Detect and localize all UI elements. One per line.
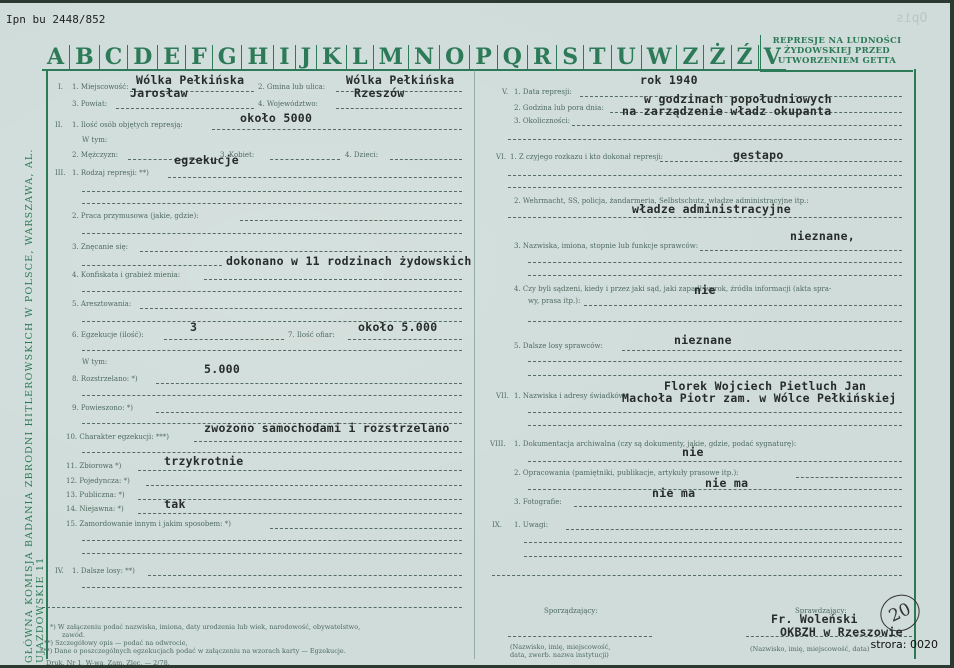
footnote-2: **) Szczegółowy opis — podać na odwrocie…: [44, 639, 188, 647]
field-line: [574, 506, 902, 507]
field-line: [116, 108, 254, 109]
field-value-powiat: Jarosław: [130, 86, 188, 100]
alphabet-letter: S: [557, 45, 584, 69]
field-line: [82, 191, 462, 192]
field-label-miejscowosc: 1. Miejscowość:: [72, 83, 128, 91]
field-label-sprawcy: 3. Nazwiska, imiona, stopnie lub funkcje…: [514, 242, 698, 250]
alphabet-letter: D: [128, 45, 158, 69]
field-value-dalsze-losy-sprawcow: nieznane: [674, 333, 732, 347]
alphabet-letter: U: [612, 45, 642, 69]
field-label-godzina: 2. Godzina lub pora dnia:: [514, 104, 604, 112]
field-line: [508, 139, 902, 140]
alphabet-index: ABCDEFGHIJKLMNOPQRSTUWZŻŹV: [42, 41, 786, 71]
section-roman: IV.: [55, 567, 64, 575]
alphabet-letter: R: [528, 45, 557, 69]
field-label-gmina: 2. Gmina lub ulica:: [258, 83, 325, 91]
alphabet-letter: Z: [677, 45, 704, 69]
form-title-line-3: UTWORZENIEM GETTA: [761, 56, 913, 66]
section-roman: III.: [55, 169, 66, 177]
field-value-okolicznosci: na zarządzenie władz okupanta: [622, 104, 831, 118]
field-line: [42, 607, 462, 608]
archive-reference: Ipn bu 2448/852: [6, 13, 105, 26]
bleed-through-stamp: Opis: [896, 11, 927, 26]
field-line: [240, 220, 462, 221]
field-line: [140, 251, 462, 252]
field-line: [492, 575, 902, 576]
field-line: [528, 425, 902, 426]
print-info: Druk. Nr 1, W-wa, Zam. Zlec. — 2/78.: [46, 659, 170, 667]
field-line: [508, 217, 902, 218]
verified-by-name: Fr. Woleński: [771, 612, 858, 626]
field-label-publiczna: 13. Publiczna: *): [66, 491, 125, 499]
form-title-line-2: ŻYDOWSKIEJ PRZED: [761, 46, 913, 56]
field-line: [146, 485, 462, 486]
field-line: [528, 461, 902, 462]
field-value-rodzaj-represji: egzekucje: [174, 153, 239, 167]
field-line: [270, 159, 340, 160]
field-label-niejawna: 14. Niejawna: *): [66, 505, 124, 513]
field-line: [156, 383, 462, 384]
field-line: [572, 125, 902, 126]
field-label-ilosc-ofiar: 7. Ilość ofiar:: [288, 331, 335, 339]
prepared-by-caption-1: (Nazwisko, imię, miejscowość,: [510, 643, 610, 651]
field-line: [212, 129, 462, 130]
field-label-dzieci: 4. Dzieci:: [345, 151, 378, 159]
prepared-by-caption-2: data, zwerb. nazwa instytucji): [510, 651, 609, 659]
field-line: [82, 233, 462, 234]
field-label-sadzeni-cont: wy, prasa itp.):: [528, 297, 580, 305]
column-divider: [474, 69, 475, 659]
alphabet-letter: Ż: [704, 45, 731, 69]
field-value-rozkaz: gestapo: [733, 148, 784, 162]
section-roman: IX.: [492, 521, 502, 529]
form-title-line-1: REPRESJE NA LUDNOŚCI: [761, 36, 913, 46]
section-roman: I.: [58, 83, 63, 91]
field-label-egzekucje: 6. Egzekucje (ilość):: [72, 331, 144, 339]
field-label-praca-przymusowa: 2. Praca przymusowa (jakie, gdzie):: [72, 212, 199, 220]
field-label-fotografie: 3. Fotografie:: [514, 498, 562, 506]
signature-line: [508, 636, 652, 637]
field-value-swiadkowie-2: Machoła Piotr zam. w Wólce Pełkińskiej: [622, 391, 897, 405]
field-line: [82, 553, 462, 554]
field-line: [82, 265, 222, 266]
field-line: [528, 489, 902, 490]
field-line: [140, 308, 462, 309]
field-label-aresztowania: 5. Aresztowania:: [72, 300, 131, 308]
alphabet-letter: O: [440, 45, 470, 69]
field-label-powiat: 3. Powiat:: [72, 100, 107, 108]
field-label-ilosc-osob: 1. Ilość osób objętych represją:: [72, 121, 183, 129]
field-label-data-represji: 1. Data represji:: [514, 88, 572, 96]
field-label-dokumentacja: 1. Dokumentacja archiwalna (czy są dokum…: [514, 440, 796, 448]
section-roman: VII.: [496, 392, 509, 400]
field-label-zamordowanie: 15. Zamordowanie innym i jakim sposobem:…: [66, 520, 231, 528]
field-value-opracowania: nie ma: [705, 476, 748, 490]
alphabet-letter: J: [296, 45, 317, 69]
alphabet-letter: W: [642, 45, 678, 69]
field-line: [348, 339, 462, 340]
alphabet-letter: G: [213, 45, 243, 69]
field-line: [82, 540, 462, 541]
field-label-sadzeni: 4. Czy byli sądzeni, kiedy i przez jaki …: [514, 285, 831, 293]
field-value-ilosc-ofiar: około 5.000: [358, 320, 437, 334]
field-line: [528, 412, 902, 413]
field-label-wojewodztwo: 4. Województwo:: [258, 100, 318, 108]
field-value-sprawcy: nieznane,: [790, 229, 855, 243]
field-line: [138, 499, 462, 500]
field-value-formacja: władze administracyjne: [632, 202, 791, 216]
field-line: [528, 321, 902, 322]
field-line: [524, 556, 902, 557]
field-line: [390, 159, 462, 160]
field-line: [156, 412, 462, 413]
field-line: [194, 441, 462, 442]
alphabet-letter: Ź: [732, 45, 759, 69]
field-value-fotografie: nie ma: [652, 486, 695, 500]
page-number-label: strora: 0020: [870, 638, 938, 651]
field-line: [82, 350, 462, 351]
field-line: [336, 108, 462, 109]
section-roman: VIII.: [490, 440, 506, 448]
alphabet-letter: T: [584, 45, 611, 69]
section-roman: V.: [502, 88, 508, 96]
field-value-miejscowosc: Wólka Pełkińska: [136, 73, 244, 87]
field-line: [82, 291, 462, 292]
field-line: [204, 279, 462, 280]
document-page: Ipn bu 2448/852 Opis ABCDEFGHIJKLMNOPQRS…: [0, 3, 950, 665]
field-line: [138, 470, 462, 471]
section-roman: II.: [55, 121, 63, 129]
alphabet-letter: F: [186, 45, 213, 69]
alphabet-letter: E: [158, 45, 186, 69]
field-value-znecanie: dokonano w 11 rodzinach żydowskich: [226, 254, 472, 268]
field-line: [528, 375, 902, 376]
field-line: [528, 275, 902, 276]
field-line: [508, 175, 902, 176]
alphabet-letter: P: [470, 45, 498, 69]
field-line: [138, 513, 462, 514]
alphabet-letter: C: [100, 45, 129, 69]
field-label-okolicznosci: 3. Okoliczności:: [514, 117, 570, 125]
field-line: [528, 361, 902, 362]
field-line: [148, 575, 462, 576]
verified-by-caption: (Nazwisko, imię, miejscowość, data): [750, 645, 869, 653]
commission-side-text: GŁÓWNA KOMISJA BADANIA ZBRODNI HITLEROWS…: [24, 63, 42, 663]
signature-line: [746, 636, 912, 637]
field-line: [700, 250, 902, 251]
field-line: [566, 529, 902, 530]
footnote-3: ***) Dane o poszczególnych egzekucjach p…: [40, 647, 346, 655]
label-w-tym: W tym:: [82, 136, 107, 144]
field-value-ilosc-osob: około 5000: [240, 111, 312, 125]
field-line: [524, 542, 902, 543]
field-line: [796, 477, 902, 478]
field-value-publiczna: tak: [164, 497, 186, 511]
field-line: [164, 339, 284, 340]
field-value-sadzeni: nie: [694, 283, 716, 297]
field-value-zbiorowa: trzykrotnie: [164, 454, 243, 468]
field-label-swiadkowie: 1. Nazwiska i adresy świadków:: [514, 392, 627, 400]
field-label-mezczyzn: 2. Mężczyzn:: [72, 151, 118, 159]
field-line: [82, 203, 462, 204]
field-line: [270, 528, 462, 529]
field-label-dalsze-losy: 1. Dalsze losy: **): [72, 567, 135, 575]
field-label-znecanie: 3. Znęcanie się:: [72, 243, 128, 251]
field-label-uwagi: 1. Uwagi:: [514, 521, 548, 529]
field-line: [82, 452, 462, 453]
field-value-charakter: zwożono samochodami i rozstrzelano: [204, 421, 450, 435]
field-label-zbiorowa: 11. Zbiorowa *): [66, 462, 121, 470]
alphabet-letter: N: [409, 45, 440, 69]
field-value-gmina: Wólka Pełkińska: [346, 73, 454, 87]
prepared-by-label: Sporządzający:: [544, 607, 598, 615]
field-value-data-represji: rok 1940: [640, 73, 698, 87]
field-line: [528, 262, 902, 263]
field-label-dalsze-losy-sprawcow: 5. Dalsze losy sprawców:: [514, 342, 603, 350]
alphabet-letter: L: [347, 45, 373, 69]
footnote-1: *) W załączeniu podać nazwiska, imiona, …: [50, 623, 360, 631]
field-label-pojedyncza: 12. Pojedyncza: *): [66, 477, 130, 485]
field-label-konfiskata: 4. Konfiskata i grabież mienia:: [72, 271, 180, 279]
field-line: [82, 395, 462, 396]
alphabet-letter: M: [374, 45, 409, 69]
field-label-powieszono: 9. Powieszono: *): [72, 404, 133, 412]
field-value-rozstrzelano: 5.000: [204, 362, 240, 376]
alphabet-letter: K: [317, 45, 347, 69]
field-label-rozstrzelano: 8. Rozstrzelano: *): [72, 375, 138, 383]
field-value-egzekucje: 3: [190, 320, 197, 334]
alphabet-letter: H: [242, 45, 274, 69]
alphabet-letter: B: [70, 45, 100, 69]
field-value-dokumentacja: nie: [682, 445, 704, 459]
field-label-rodzaj-represji: 1. Rodzaj represji: **): [72, 169, 149, 177]
label-w-tym: W tym:: [82, 358, 107, 366]
field-label-charakter: 10. Charakter egzekucji: ***): [66, 433, 169, 441]
field-line: [622, 350, 902, 351]
field-value-wojewodztwo: Rzeszów: [354, 86, 405, 100]
form-title-box: REPRESJE NA LUDNOŚCI ŻYDOWSKIEJ PRZED UT…: [760, 35, 913, 72]
section-roman: VI.: [496, 153, 506, 161]
alphabet-letter: I: [274, 45, 295, 69]
alphabet-letter: Q: [498, 45, 528, 69]
footnote-1-cont: zawód.: [62, 631, 85, 639]
field-line: [82, 587, 462, 588]
field-label-rozkaz: 1. Z czyjego rozkazu i kto dokonał repre…: [510, 153, 663, 161]
field-line: [168, 177, 462, 178]
field-line: [508, 187, 902, 188]
field-line: [584, 305, 902, 306]
alphabet-letter: A: [42, 45, 70, 69]
